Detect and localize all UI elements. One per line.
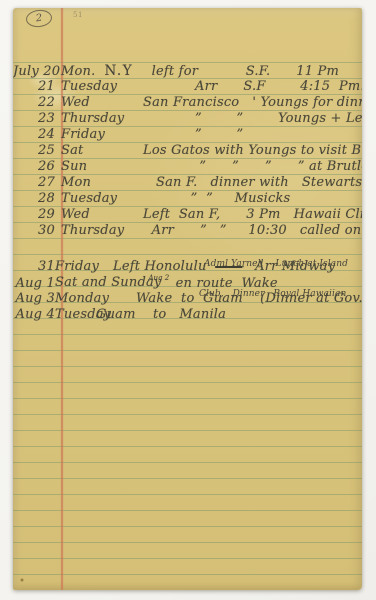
- day-cell: Monday: [55, 291, 143, 307]
- entry-cell: Wake to Guam (Dinner at Gov. Palace: [136, 291, 362, 307]
- entry-cell: Guam to Manila: [96, 307, 362, 323]
- date-cell: Aug 3: [13, 291, 55, 307]
- log-row-aug1: Aug 1 Sat and SundayAug 2 en route Wake: [13, 275, 362, 291]
- log-row-july25: 25 Sat Los Gatos with Youngs to visit Br…: [13, 143, 362, 159]
- day-text: Mon.: [61, 64, 95, 79]
- log-row-july26: 26 Sun ” ” ” ” at Brutleys: [13, 159, 362, 175]
- entry-text: Arr Midway: [242, 259, 335, 274]
- date-cell: 31: [13, 259, 55, 275]
- entry-cell: ” ” Youngs + Leslies: [143, 111, 362, 127]
- day-cell: Thursday: [55, 223, 143, 239]
- entry-cell: San F. dinner with Stewarts: [143, 175, 362, 191]
- log-row-aug3: Aug 3 Monday Wake to Guam (Dinner at Gov…: [13, 291, 362, 307]
- entry-cell: Left San F, 3 Pm Hawaii Clipper: [143, 207, 362, 223]
- entry-cell: Los Gatos with Youngs to visit Brutleys: [143, 143, 362, 159]
- entry-cell: en route Wake: [167, 276, 362, 292]
- honolulu-visit-note: Adml Yarnell Lunch at Island Club, Dinne…: [199, 239, 362, 259]
- circled-page-number: 2: [25, 9, 53, 29]
- date-cell: 28: [13, 191, 55, 207]
- day-cell: Wed: [55, 95, 143, 111]
- page-number: 2: [35, 13, 42, 25]
- log-row-aug4: Aug 4 Tuesday Guam to Manila: [13, 307, 362, 323]
- entry-cell: Left Honolulu ——— Arr Midway: [113, 259, 362, 275]
- day-cell: Tuesday: [55, 79, 143, 95]
- day-cell: Friday: [55, 127, 143, 143]
- date-cell: 21: [13, 79, 55, 95]
- date-cell: 22: [13, 95, 55, 111]
- entry-cell: ” ” Musicks: [143, 191, 362, 207]
- log-row-july23: 23 Thursday ” ” Youngs + Leslies: [13, 111, 362, 127]
- entry-cell: Arr S.F 4:15 Pm.: [143, 79, 362, 95]
- day-cell: Mon: [55, 175, 143, 191]
- date-cell: 29: [13, 207, 55, 223]
- day-cell: Sun: [55, 159, 143, 175]
- date-cell: 23: [13, 111, 55, 127]
- day-cell: Thursday: [55, 111, 143, 127]
- date-cell: 24: [13, 127, 55, 143]
- pencil-corner-mark: 51: [73, 11, 83, 19]
- entry-cell: left for S.F. 11 Pm: [143, 64, 362, 80]
- log-entries: July 20 Mon.N.Y left for S.F. 11 Pm 21 T…: [13, 63, 362, 323]
- date-cell: Aug 1: [13, 276, 55, 292]
- log-row-july28: 28 Tuesday ” ” Musicks: [13, 191, 362, 207]
- day-cell: Wed: [55, 207, 143, 223]
- entry-cell: ” ”: [143, 127, 362, 143]
- city-label: N.Y: [104, 63, 133, 79]
- date-cell: July 20: [13, 64, 55, 80]
- log-row-july21: 21 Tuesday Arr S.F 4:15 Pm.: [13, 79, 362, 95]
- day-cell: Mon.N.Y: [55, 63, 143, 80]
- log-row-july20: July 20 Mon.N.Y left for S.F. 11 Pm: [13, 63, 362, 79]
- date-cell: 25: [13, 143, 55, 159]
- day-cell: Sat: [55, 143, 143, 159]
- date-cell: 27: [13, 175, 55, 191]
- log-row-july22: 22 Wed San Francisco ' Youngs for dinner: [13, 95, 362, 111]
- notepad-page: 2 51 July 20 Mon.N.Y left for S.F. 11 Pm…: [13, 8, 362, 590]
- log-row-july31: 31 Friday Left Honolulu ——— Arr Midway: [13, 259, 362, 275]
- date-cell: 26: [13, 159, 55, 175]
- log-row-july30: 30 Thursday Arr ” ” 10:30 called on Genl…: [13, 223, 362, 239]
- date-cell: Aug 4: [13, 307, 55, 323]
- entry-cell: San Francisco ' Youngs for dinner: [143, 95, 362, 111]
- log-row-july27: 27 Mon San F. dinner with Stewarts: [13, 175, 362, 191]
- entry-text: Left Honolulu: [113, 259, 215, 274]
- day-cell: Tuesday: [55, 191, 143, 207]
- date-cell: 30: [13, 223, 55, 239]
- entry-cell: Arr ” ” 10:30 called on Genl Drum: [143, 223, 362, 239]
- day-text: Sat and Sunday: [55, 275, 161, 290]
- log-row-july29: 29 Wed Left San F, 3 Pm Hawaii Clipper: [13, 207, 362, 223]
- superscript-date: Aug 2: [148, 274, 169, 282]
- day-cell: Sat and SundayAug 2: [55, 275, 143, 292]
- log-row-july24: 24 Friday ” ”: [13, 127, 362, 143]
- entry-cell: ” ” ” ” at Brutleys: [143, 159, 362, 175]
- struck-out-word: ———: [215, 260, 242, 273]
